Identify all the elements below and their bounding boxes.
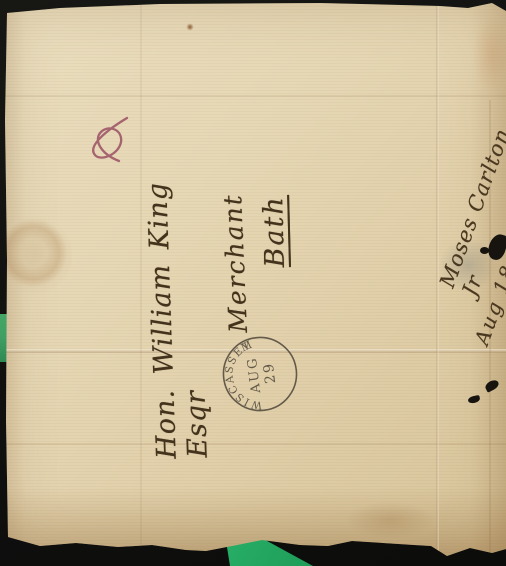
- ink-blot-comma-lower: [467, 395, 480, 404]
- postmark-stamp: WISCASSET ME AUG 29: [217, 331, 304, 418]
- address-town: Bath: [256, 117, 291, 268]
- address-occupation: Merchant: [215, 117, 253, 333]
- scan-backdrop: Hon. William King Esqr Merchant Bath Mos…: [0, 0, 506, 566]
- rate-mark-icon: [75, 110, 145, 180]
- postmark-day: 29: [261, 361, 280, 385]
- fold-crease-horizontal-faint: [0, 95, 506, 97]
- postmark-circle-icon: WISCASSET ME AUG 29: [217, 331, 304, 418]
- docket-note: Moses Carlton Jr Aug 18 12: [421, 106, 506, 344]
- letter-sheet: Hon. William King Esqr Merchant Bath Mos…: [0, 0, 506, 566]
- address-block: Hon. William King Esqr Merchant Bath: [138, 117, 291, 488]
- ink-blot-comma-upper: [484, 378, 501, 393]
- ink-blot-edge-tail: [480, 247, 489, 254]
- wax-seal-showthrough: [0, 215, 72, 295]
- green-tape-mark-left: [0, 314, 7, 362]
- address-recipient: Hon. William King Esqr: [140, 117, 214, 459]
